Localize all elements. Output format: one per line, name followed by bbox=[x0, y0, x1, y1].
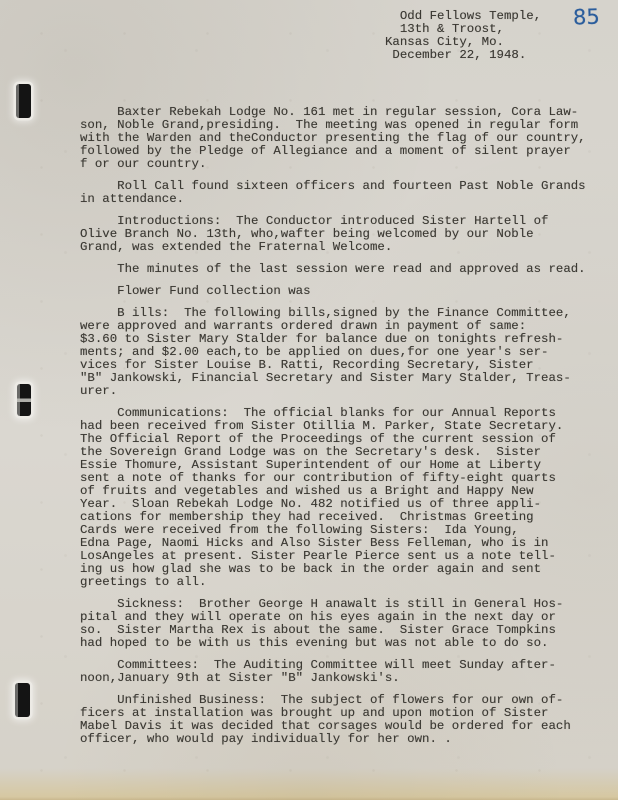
paragraph-bills: B ills: The following bills,signed by th… bbox=[80, 307, 600, 398]
paragraph-minutes-approved: The minutes of the last session were rea… bbox=[80, 263, 600, 276]
paragraph-unfinished-business: Unfinished Business: The subject of flow… bbox=[80, 694, 600, 746]
paragraph-communications: Communications: The official blanks for … bbox=[80, 407, 600, 589]
minutes-body: Baxter Rebekah Lodge No. 161 met in regu… bbox=[80, 106, 600, 755]
binder-hole-bottom bbox=[15, 683, 30, 717]
paragraph-committees: Committees: The Auditing Committee will … bbox=[80, 659, 600, 685]
scanned-minutes-page: 85 Odd Fellows Temple, 13th & Troost, Ka… bbox=[0, 0, 618, 800]
letterhead: Odd Fellows Temple, 13th & Troost, Kansa… bbox=[385, 10, 541, 62]
paragraph-roll-call: Roll Call found sixteen officers and fou… bbox=[80, 180, 600, 206]
paragraph-introductions: Introductions: The Conductor introduced … bbox=[80, 215, 600, 254]
handwritten-page-number: 85 bbox=[573, 5, 601, 30]
binder-hole-top bbox=[16, 84, 31, 118]
paragraph-opening-session: Baxter Rebekah Lodge No. 161 met in regu… bbox=[80, 106, 600, 171]
paragraph-flower-fund: Flower Fund collection was bbox=[80, 285, 600, 298]
paragraph-sickness: Sickness: Brother George H anawalt is st… bbox=[80, 598, 600, 650]
binder-hole-middle bbox=[17, 384, 31, 416]
